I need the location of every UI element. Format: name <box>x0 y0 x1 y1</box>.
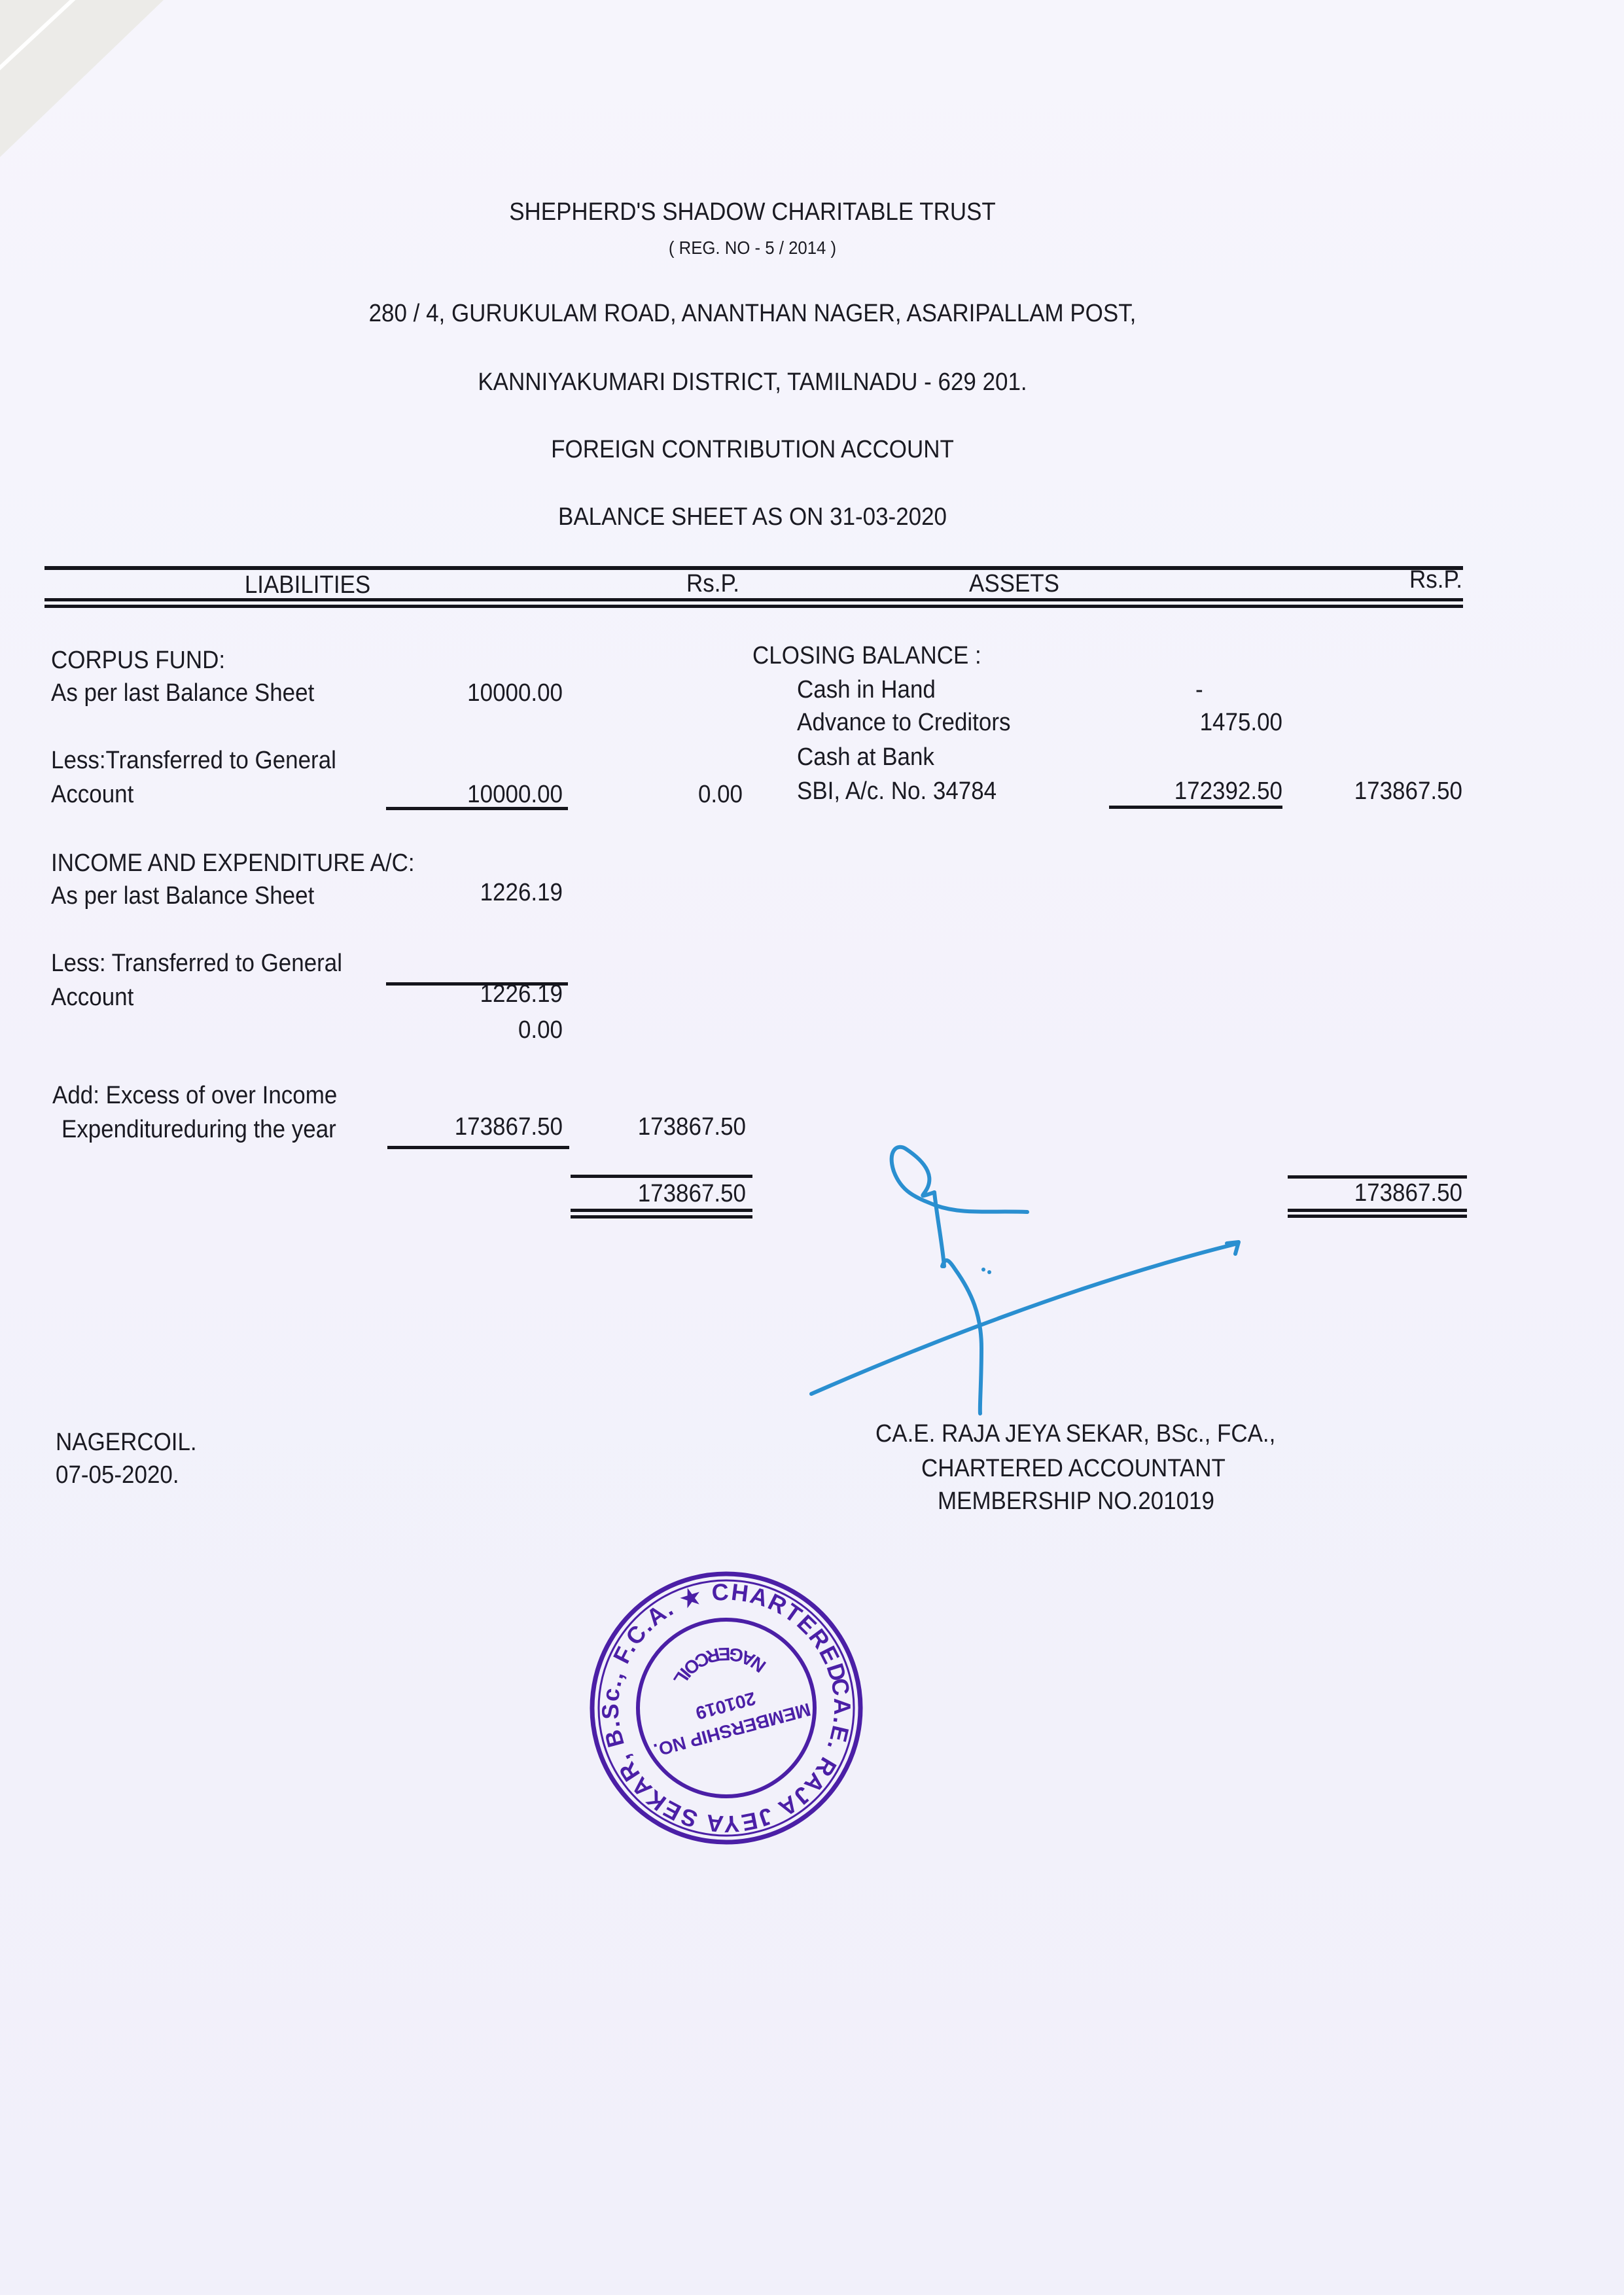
accountant-stamp: CA.E. RAJA JEYA SEKAR, B.Sc., F.C.A. ★ C… <box>582 1567 870 1849</box>
signature-stem <box>934 1192 981 1414</box>
signature-dot-1 <box>981 1268 985 1272</box>
signature-dot-2 <box>987 1270 991 1274</box>
stamp-body: CA.E. RAJA JEYA SEKAR, B.Sc., F.C.A. ★ C… <box>582 1567 870 1849</box>
signature-strokes <box>811 1147 1239 1414</box>
auditor-name: CA.E. RAJA JEYA SEKAR, BSc., FCA., <box>875 1421 1275 1446</box>
membership-number: MEMBERSHIP NO.201019 <box>938 1489 1214 1514</box>
signature-crossbar <box>811 1242 1239 1394</box>
stamp-city: NAGERCOIL <box>664 1632 773 1699</box>
signature-loop <box>892 1147 1027 1212</box>
auditor-title: CHARTERED ACCOUNTANT <box>921 1456 1226 1481</box>
signature <box>0 0 1624 2295</box>
date: 07-05-2020. <box>56 1463 179 1487</box>
place: NAGERCOIL. <box>56 1430 197 1455</box>
